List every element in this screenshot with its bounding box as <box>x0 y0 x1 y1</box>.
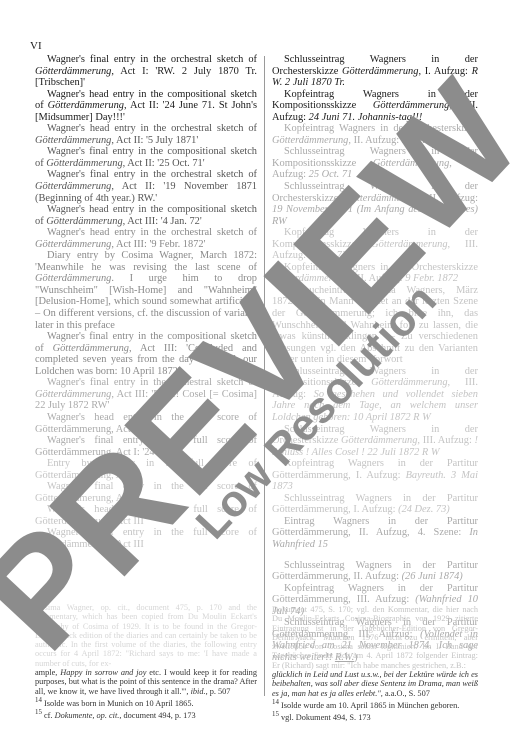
paragraph: Wagner's head entry in the orchestral sk… <box>35 227 257 250</box>
footnotes-english: Cosima Wagner, op. cit., document 475, p… <box>35 603 257 720</box>
paragraph: Schlusseintrag Wagners in der Kompositio… <box>272 366 478 424</box>
paragraph: Eintrag Wagners in der Partitur Götterdä… <box>272 516 478 551</box>
right-column-german: Schlusseintrag Wagners in der Orchesters… <box>272 54 478 663</box>
column-divider <box>264 56 265 696</box>
paragraph: Wagner's head entry in the compositional… <box>35 204 257 227</box>
paragraph: Entry by Wagner in the full score of Göt… <box>35 458 257 481</box>
footnotes-german: Dokument 475, S. 170; vgl. den Kommentar… <box>272 605 478 722</box>
paragraph: Schlusseintrag Wagners in der Orchesters… <box>272 54 478 89</box>
footnote-15: 15 cf. Dokumente, op. cit., document 494… <box>35 708 257 720</box>
paragraph: Wagner's head entry in the orchestral sk… <box>35 123 257 146</box>
paragraph: Wagner's final entry in the orchestral s… <box>35 169 257 204</box>
paragraph: Schlusseintrag Wagners in der Partitur G… <box>272 493 478 516</box>
paragraph: Kopfeintrag Wagners in der Kompositionss… <box>272 227 478 262</box>
footnote-faded: Dokument 475, S. 170; vgl. den Kommentar… <box>272 605 478 670</box>
paragraph: Wagner's head entry in the full score of… <box>35 504 257 527</box>
left-column-english: Wagner's final entry in the orchestral s… <box>35 54 257 551</box>
footnote-14: 14 Isolde wurde am 10. April 1865 in Mün… <box>272 698 478 710</box>
paragraph: Diary entry by Cosima Wagner, March 1872… <box>35 250 257 331</box>
footnote-14: 14 Isolde was born in Munich on 10 April… <box>35 696 257 708</box>
paragraph: Schlusseintrag Wagners in der Orchesters… <box>272 424 478 459</box>
paragraph: Wagner's final entry in the full score o… <box>35 435 257 458</box>
paragraph: Wagner's final entry in the full score o… <box>35 481 257 504</box>
paragraph: Wagner's final entry in the full score o… <box>35 527 257 550</box>
paragraph: Wagner's final entry in the compositiona… <box>35 146 257 169</box>
paragraph: Wagner's head entry in the full score of… <box>35 412 257 435</box>
paragraph: Schlusseintrag Wagners in der Partitur G… <box>272 560 478 583</box>
footnote-faded: Cosima Wagner, op. cit., document 475, p… <box>35 603 257 668</box>
footnote-15: 15 vgl. Dokument 494, S. 173 <box>272 710 478 722</box>
footnote-continuation: glücklich in Leid und Lust u.s.w., bei d… <box>272 670 478 698</box>
paragraph: Wagner's final entry in the orchestral s… <box>35 377 257 412</box>
paragraph: Kopfeintrag Wagners in der Partitur Gött… <box>272 458 478 493</box>
paragraph: Kopfeintrag Wagners in der Orchesterskiz… <box>272 123 478 146</box>
paragraph: Schlusseintrag Wagners in der Kompositio… <box>272 146 478 181</box>
paragraph: Schlusseintrag Wagners in der Orchesters… <box>272 181 478 227</box>
paragraph: Kopfeintrag Wagners in der Orchesterskiz… <box>272 262 478 285</box>
paragraph: Wagner's final entry in the orchestral s… <box>35 54 257 89</box>
footnote-continuation: ample, Happy in sorrow and joy etc. I wo… <box>35 668 257 696</box>
paragraph: Tagebucheintrag Cosima Wagners, März 187… <box>272 285 478 366</box>
paragraph: Kopfeintrag Wagners in der Kompositionss… <box>272 89 478 124</box>
paragraph: Wagner's head entry in the compositional… <box>35 89 257 124</box>
page-number: VI <box>30 40 42 52</box>
paragraph: Wagner's final entry in the compositiona… <box>35 331 257 377</box>
